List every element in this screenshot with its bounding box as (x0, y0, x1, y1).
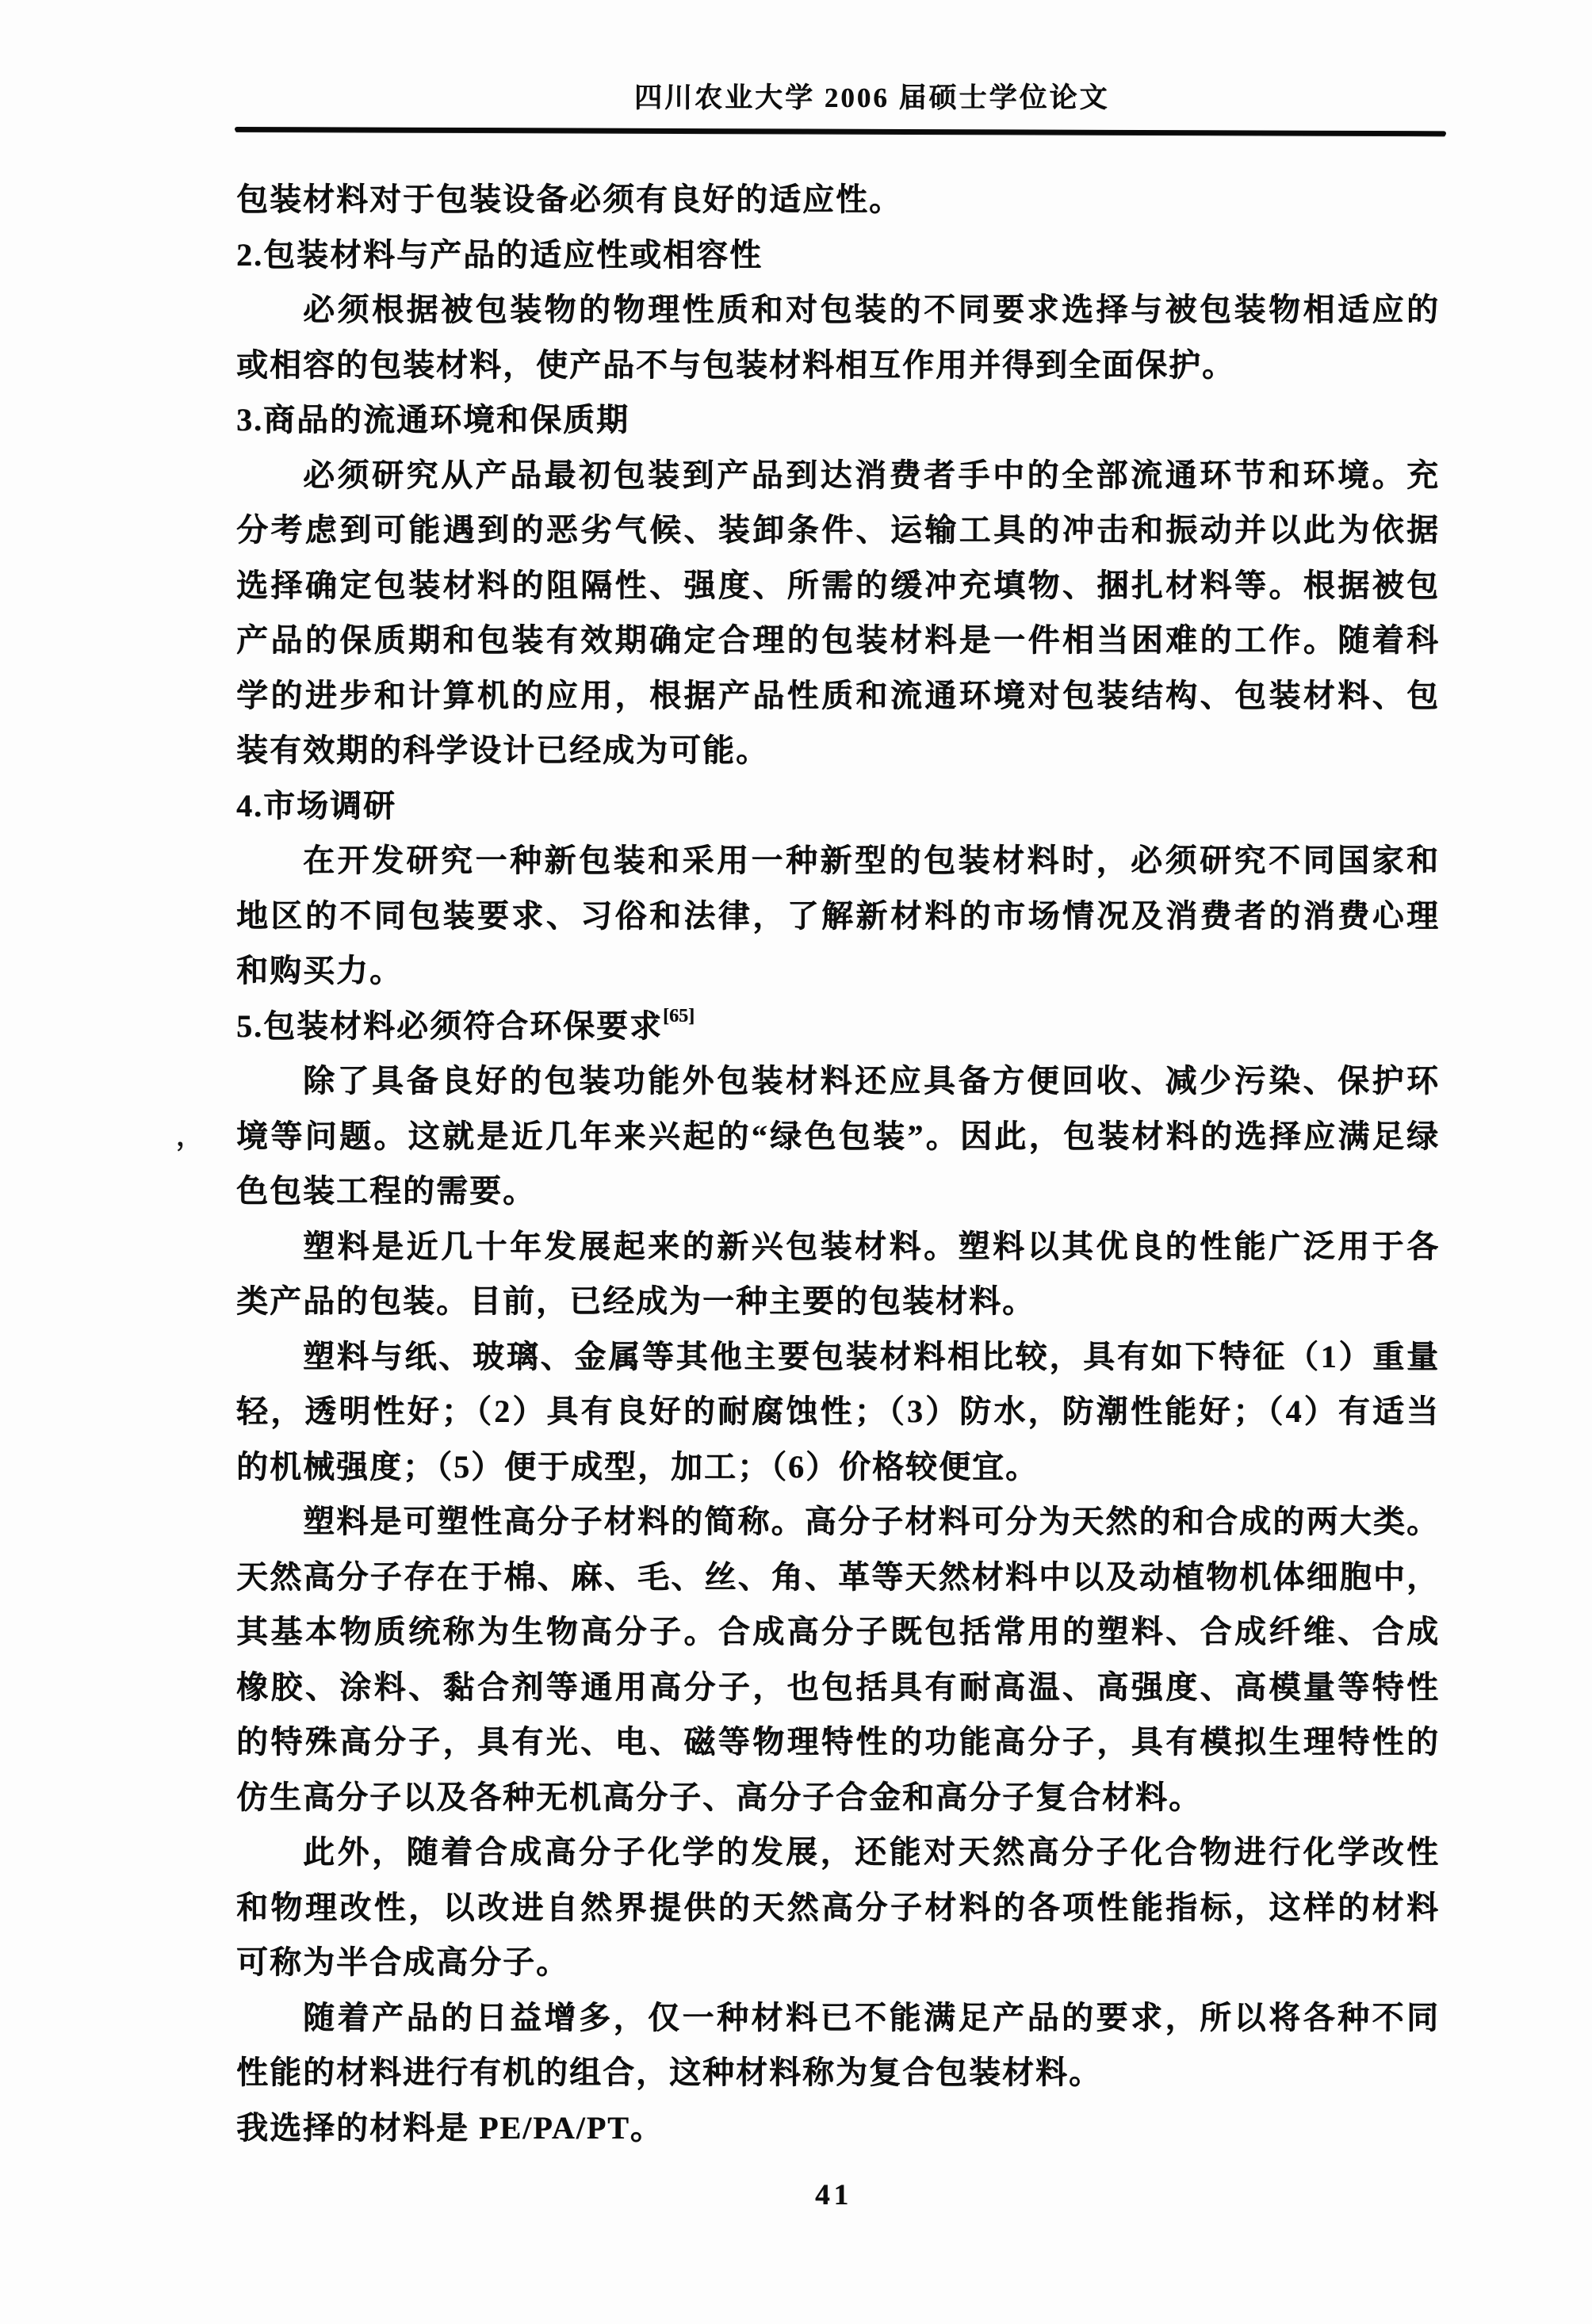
text-line-content: 此外，随着合成高分子化学的发展，还能对天然高分子化合物进行化学改性 (303, 1834, 1438, 1870)
citation-superscript: [65] (663, 1006, 695, 1026)
text-line-content: 装有效期的科学设计已经成为可能。 (236, 732, 769, 768)
text-line: 塑料是近几十年发展起来的新兴包装材料。塑料以其优良的性能广泛用于各 (236, 1219, 1438, 1275)
text-line-content: 境等问题。这就是近几年来兴起的“绿色包装”。因此，包装材料的选择应满足绿 (236, 1118, 1438, 1154)
text-line: 选择确定包装材料的阻隔性、强度、所需的缓冲充填物、捆扎材料等。根据被包 (236, 558, 1438, 613)
text-line: 轻，透明性好；（2）具有良好的耐腐蚀性；（3）防水，防潮性能好；（4）有适当 (236, 1384, 1438, 1439)
text-line-content: 的特殊高分子，具有光、电、磁等物理特性的功能高分子，具有模拟生理特性的 (236, 1724, 1438, 1760)
text-line: 2.包装材料与产品的适应性或相容性 (236, 227, 1438, 283)
text-line: 此外，随着合成高分子化学的发展，还能对天然高分子化合物进行化学改性 (236, 1825, 1438, 1880)
text-line-content: 的机械强度；（5）便于成型，加工；（6）价格较便宜。 (236, 1449, 1039, 1485)
text-line: 可称为半合成高分子。 (236, 1935, 1438, 1990)
text-line-content: 仿生高分子以及各种无机高分子、高分子合金和高分子复合材料。 (236, 1779, 1202, 1815)
text-line: 在开发研究一种新包装和采用一种新型的包装材料时，必须研究不同国家和 (236, 833, 1438, 889)
text-line: 我选择的材料是 PE/PA/PT。 (236, 2100, 1438, 2156)
text-line: 装有效期的科学设计已经成为可能。 (236, 723, 1438, 778)
text-line: 包装材料对于包装设备必须有良好的适应性。 (236, 172, 1438, 227)
text-line: 3.商品的流通环境和保质期 (236, 392, 1438, 448)
text-line: 塑料是可塑性高分子材料的简称。高分子材料可分为天然的和合成的两大类。 (236, 1494, 1438, 1550)
text-line-content: 3.商品的流通环境和保质期 (236, 402, 630, 438)
text-line: 4.市场调研 (236, 778, 1438, 834)
text-line: 产品的保质期和包装有效期确定合理的包装材料是一件相当困难的工作。随着科 (236, 613, 1438, 668)
text-line: 的机械强度；（5）便于成型，加工；（6）价格较便宜。 (236, 1439, 1438, 1495)
text-line: 随着产品的日益增多，仅一种材料已不能满足产品的要求，所以将各种不同 (236, 1990, 1438, 2046)
text-line: 天然高分子存在于棉、麻、毛、丝、角、革等天然材料中以及动植物机体细胞中， (236, 1550, 1438, 1605)
text-line: 色包装工程的需要。 (236, 1164, 1438, 1219)
text-line-content: 5.包装材料必须符合环保要求 (236, 1008, 663, 1044)
text-line: 性能的材料进行有机的组合，这种材料称为复合包装材料。 (236, 2045, 1438, 2100)
text-line-content: 轻，透明性好；（2）具有良好的耐腐蚀性；（3）防水，防潮性能好；（4）有适当 (236, 1393, 1438, 1429)
text-line: 和物理改性，以改进自然界提供的天然高分子材料的各项性能指标，这样的材料 (236, 1880, 1438, 1936)
text-line: 境等问题。这就是近几年来兴起的“绿色包装”。因此，包装材料的选择应满足绿 (236, 1109, 1438, 1164)
text-line-content: 塑料是可塑性高分子材料的简称。高分子材料可分为天然的和合成的两大类。 (303, 1504, 1438, 1539)
text-line-content: 其基本物质统称为生物高分子。合成高分子既包括常用的塑料、合成纤维、合成 (236, 1614, 1438, 1649)
text-line-content: 2.包装材料与产品的适应性或相容性 (236, 237, 763, 273)
text-line-content: 我选择的材料是 PE/PA/PT。 (236, 2110, 664, 2146)
text-line: 除了具备良好的包装功能外包装材料还应具备方便回收、减少污染、保护环 (236, 1053, 1438, 1109)
text-line: 仿生高分子以及各种无机高分子、高分子合金和高分子复合材料。 (236, 1770, 1438, 1825)
text-line-content: 包装材料对于包装设备必须有良好的适应性。 (236, 182, 902, 217)
text-line-content: 必须根据被包装物的物理性质和对包装的不同要求选择与被包装物相适应的 (303, 292, 1438, 327)
text-line: 橡胶、涂料、黏合剂等通用高分子，也包括具有耐高温、高强度、高模量等特性 (236, 1660, 1438, 1715)
text-line: 塑料与纸、玻璃、金属等其他主要包装材料相比较，具有如下特征（1）重量 (236, 1329, 1438, 1385)
text-line-content: 橡胶、涂料、黏合剂等通用高分子，也包括具有耐高温、高强度、高模量等特性 (236, 1669, 1438, 1705)
text-line-content: 类产品的包装。目前，已经成为一种主要的包装材料。 (236, 1283, 1035, 1319)
text-line-content: 随着产品的日益增多，仅一种材料已不能满足产品的要求，所以将各种不同 (303, 2000, 1438, 2035)
header-title: 四川农业大学 2006 届硕士学位论文 (634, 78, 1110, 119)
text-line: 必须根据被包装物的物理性质和对包装的不同要求选择与被包装物相适应的 (236, 282, 1438, 338)
text-line-content: 分考虑到可能遇到的恶劣气候、装卸条件、运输工具的冲击和振动并以此为依据 (236, 512, 1438, 548)
text-line-content: 塑料与纸、玻璃、金属等其他主要包装材料相比较，具有如下特征（1）重量 (303, 1339, 1438, 1374)
text-line-content: 天然高分子存在于棉、麻、毛、丝、角、革等天然材料中以及动植物机体细胞中， (236, 1559, 1438, 1595)
text-line: 分考虑到可能遇到的恶劣气候、装卸条件、运输工具的冲击和振动并以此为依据 (236, 503, 1438, 558)
text-line-content: 必须研究从产品最初包装到产品到达消费者手中的全部流通环节和环境。充 (303, 457, 1438, 493)
text-line: 的特殊高分子，具有光、电、磁等物理特性的功能高分子，具有模拟生理特性的 (236, 1714, 1438, 1770)
body-text: 包装材料对于包装设备必须有良好的适应性。2.包装材料与产品的适应性或相容性必须根… (236, 172, 1438, 2155)
document-page: 四川农业大学 2006 届硕士学位论文 ， 包装材料对于包装设备必须有良好的适应… (0, 0, 1592, 2324)
text-line: 类产品的包装。目前，已经成为一种主要的包装材料。 (236, 1274, 1438, 1329)
text-line-content: 产品的保质期和包装有效期确定合理的包装材料是一件相当困难的工作。随着科 (236, 622, 1438, 658)
text-line-content: 选择确定包装材料的阻隔性、强度、所需的缓冲充填物、捆扎材料等。根据被包 (236, 568, 1438, 603)
text-line: 学的进步和计算机的应用，根据产品性质和流通环境对包装结构、包装材料、包 (236, 668, 1438, 724)
text-line-content: 和购买力。 (236, 953, 403, 988)
page-number: 41 (815, 2178, 852, 2213)
text-line: 地区的不同包装要求、习俗和法律，了解新材料的市场情况及消费者的消费心理 (236, 889, 1438, 944)
text-line-content: 和物理改性，以改进自然界提供的天然高分子材料的各项性能指标，这样的材料 (236, 1890, 1438, 1925)
text-line-content: 色包装工程的需要。 (236, 1173, 536, 1209)
text-line-content: 在开发研究一种新包装和采用一种新型的包装材料时，必须研究不同国家和 (303, 843, 1438, 878)
text-line: 5.包装材料必须符合环保要求[65] (236, 999, 1438, 1054)
text-line-content: 学的进步和计算机的应用，根据产品性质和流通环境对包装结构、包装材料、包 (236, 678, 1438, 713)
margin-mark: ， (176, 1114, 203, 1153)
header-rule (235, 127, 1446, 136)
text-line: 和购买力。 (236, 943, 1438, 999)
text-line-content: 塑料是近几十年发展起来的新兴包装材料。塑料以其优良的性能广泛用于各 (303, 1229, 1438, 1264)
text-line-content: 可称为半合成高分子。 (236, 1944, 569, 1980)
text-line-content: 性能的材料进行有机的组合，这种材料称为复合包装材料。 (236, 2055, 1102, 2090)
text-line-content: 地区的不同包装要求、习俗和法律，了解新材料的市场情况及消费者的消费心理 (236, 898, 1438, 934)
text-line: 或相容的包装材料，使产品不与包装材料相互作用并得到全面保护。 (236, 338, 1438, 393)
text-line-content: 除了具备良好的包装功能外包装材料还应具备方便回收、减少污染、保护环 (303, 1063, 1438, 1099)
text-line: 其基本物质统称为生物高分子。合成高分子既包括常用的塑料、合成纤维、合成 (236, 1604, 1438, 1660)
text-line: 必须研究从产品最初包装到产品到达消费者手中的全部流通环节和环境。充 (236, 448, 1438, 503)
text-line-content: 或相容的包装材料，使产品不与包装材料相互作用并得到全面保护。 (236, 347, 1235, 383)
text-line-content: 4.市场调研 (236, 788, 396, 824)
